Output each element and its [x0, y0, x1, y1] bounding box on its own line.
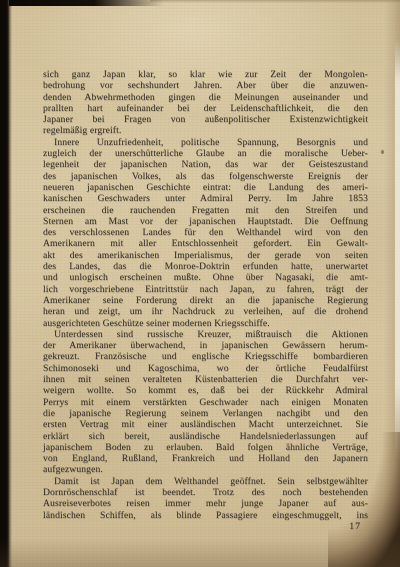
scan-top-shade: [150, 0, 400, 3]
text-line: ersten Vertrag mit einer ausländischen M…: [43, 419, 368, 430]
paragraph: sich ganz Japan klar, so klar wie zur Ze…: [43, 69, 368, 137]
text-line: Sternen am Mast vor der japanischen Haup…: [43, 216, 368, 227]
text-line: weigern wollte. So kommt es, daß bei der…: [43, 385, 368, 396]
ink-speck: [381, 150, 384, 154]
text-line: die japanische Regierung seinem Verlange…: [43, 408, 368, 419]
text-line: denden Abwehrmethoden gingen die Meinung…: [43, 92, 368, 103]
text-line: ländischen Schiffen, als blinde Passagie…: [43, 510, 368, 521]
page-text: sich ganz Japan klar, so klar wie zur Ze…: [43, 69, 368, 521]
page-number: 17: [43, 521, 361, 532]
text-line: der Amerikaner überwachend, in japanisch…: [43, 340, 368, 351]
text-line: sich ganz Japan klar, so klar wie zur Ze…: [43, 69, 368, 80]
text-line: legenheit der japanischen Nation, das wa…: [43, 159, 368, 170]
scanner-edge-left: [0, 0, 12, 567]
scanned-book-page: sich ganz Japan klar, so klar wie zur Ze…: [0, 0, 400, 567]
text-line: Amerikanern mit aller Entschlossenheit g…: [43, 238, 368, 249]
text-line: von England, Rußland, Frankreich und Hol…: [43, 453, 368, 464]
paragraph: Innere Unzufriedenheit, politische Spann…: [43, 137, 368, 329]
text-line: Ausreiseverbotes reisen immer mehr junge…: [43, 498, 368, 509]
text-line: ausgerichteten Geschütze seiner modernen…: [43, 318, 368, 329]
text-line: des verschlossenen Landes für den Weltha…: [43, 227, 368, 238]
scanner-edge-top: [9, 0, 164, 6]
text-line: des japanischen Volkes, als das folgensc…: [43, 171, 368, 182]
text-line: Innere Unzufriedenheit, politische Spann…: [43, 137, 368, 148]
text-line: ihnen mit seinen veralteten Küstenbatter…: [43, 374, 368, 385]
text-line: Unterdessen sind russische Kreuzer, mißt…: [43, 329, 368, 340]
text-line: regelmäßig ergreift.: [43, 125, 368, 136]
text-line: lich vorgeschriebene Eintrittstür nach J…: [43, 284, 368, 295]
text-line: aufgezwungen.: [43, 464, 368, 475]
text-line: heran und zeigt, um ihr Nachdruck zu ver…: [43, 306, 368, 317]
text-line: kanischen Geschwaders unter Admiral Perr…: [43, 193, 368, 204]
text-line: japanischem Boden zu erlauben. Bald folg…: [43, 442, 368, 453]
text-line: prallten hart aufeinander bei der Leiden…: [43, 103, 368, 114]
text-line: neueren japanischen Geschichte eintrat: …: [43, 182, 368, 193]
text-line: Amerikaner seine Forderung direkt an die…: [43, 295, 368, 306]
text-line: erscheinen die rauchenden Fregatten mit …: [43, 205, 368, 216]
paragraph: Unterdessen sind russische Kreuzer, mißt…: [43, 329, 368, 476]
text-line: Dornröschenschlaf ist beendet. Trotz des…: [43, 487, 368, 498]
page-edge-highlight: [395, 40, 400, 460]
text-line: Japaner bei Fragen von außenpolitischer …: [43, 114, 368, 125]
text-line: des Landes, das die Monroe-Doktrin erfun…: [43, 261, 368, 272]
text-line: Perrys mit einem verstärkten Geschwader …: [43, 397, 368, 408]
text-line: Schimonoseki und Kagoschima, wo der örtl…: [43, 363, 368, 374]
text-line: und unlogisch erscheinen mußte. Ohne übe…: [43, 272, 368, 283]
text-line: gekreuzt. Französische und englische Kri…: [43, 351, 368, 362]
text-line: zugleich der unerschütterliche Glaube an…: [43, 148, 368, 159]
text-line: akt des amerikanischen Imperialismus, de…: [43, 250, 368, 261]
text-line: bedrohung vor sechshundert Jahren. Aber …: [43, 80, 368, 91]
text-line: erklärt sich bereit, ausländische Handel…: [43, 431, 368, 442]
paragraph: Damit ist Japan dem Welthandel geöffnet.…: [43, 476, 368, 521]
text-line: Damit ist Japan dem Welthandel geöffnet.…: [43, 476, 368, 487]
